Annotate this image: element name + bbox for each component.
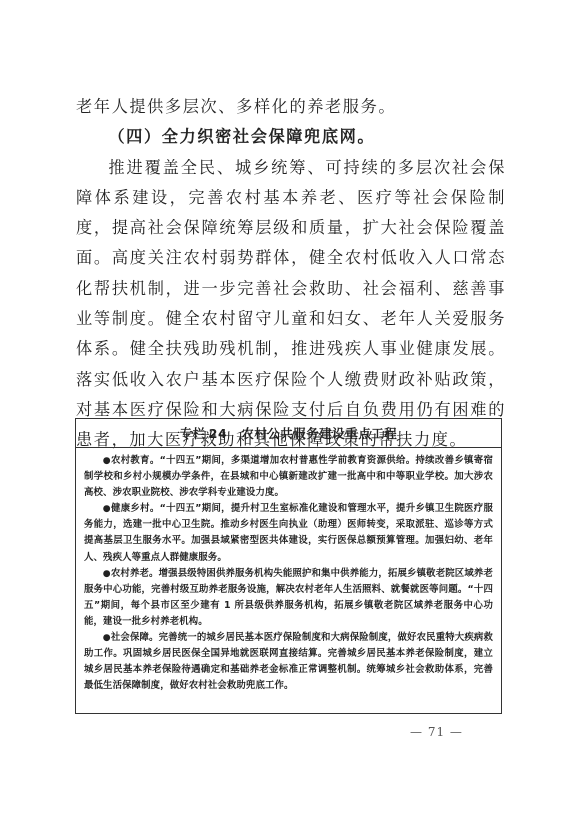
box-item-elderly-care: ●农村养老。增强县级特困供养服务机构失能照护和集中供养能力，拓展乡镇敬老院区域养… (84, 566, 493, 630)
page-number: — 71 — (410, 725, 463, 739)
box-item-social-security: ●社会保障。完善统一的城乡居民基本医疗保险制度和大病保险制度，做好农民重特大疾病… (84, 630, 493, 694)
bullet-icon: ● (103, 456, 111, 466)
bullet-icon: ● (103, 504, 111, 514)
document-page: 老年人提供多层次、多样化的养老服务。 （四）全力织密社会保障兜底网。 推进覆盖全… (0, 0, 578, 818)
paragraph-continuation: 老年人提供多层次、多样化的养老服务。 (76, 92, 506, 122)
box-number: 24 (209, 426, 227, 441)
body-text: 老年人提供多层次、多样化的养老服务。 （四）全力织密社会保障兜底网。 推进覆盖全… (76, 92, 506, 456)
box-item-education: ●农村教育。“十四五”期间，多渠道增加农村普惠性学前教育资源供给。持续改善乡镇寄… (84, 453, 493, 501)
special-column-box: 专栏 24 农村公共服务建设重点工程 ●农村教育。“十四五”期间，多渠道增加农村… (75, 418, 502, 714)
bullet-icon: ● (103, 569, 111, 579)
section-heading: （四）全力织密社会保障兜底网。 (76, 122, 506, 152)
item-lead: 健康乡村。 (111, 503, 160, 514)
box-body: ●农村教育。“十四五”期间，多渠道增加农村普惠性学前教育资源供给。持续改善乡镇寄… (76, 448, 501, 694)
item-lead: 农村养老。 (111, 568, 159, 579)
paragraph-body: 推进覆盖全民、城乡统筹、可持续的多层次社会保障体系建设，完善农村基本养老、医疗等… (76, 153, 506, 456)
box-item-health: ●健康乡村。“十四五”期间，提升村卫生室标准化建设和管理水平，提升乡镇卫生院医疗… (84, 501, 493, 565)
box-title-text: 农村公共服务建设重点工程 (241, 424, 397, 442)
item-lead: 农村教育。 (111, 455, 160, 466)
box-label: 专栏 (180, 424, 206, 442)
bullet-icon: ● (103, 633, 111, 643)
item-lead: 社会保障。 (111, 632, 159, 643)
box-title: 专栏 24 农村公共服务建设重点工程 (76, 419, 501, 448)
